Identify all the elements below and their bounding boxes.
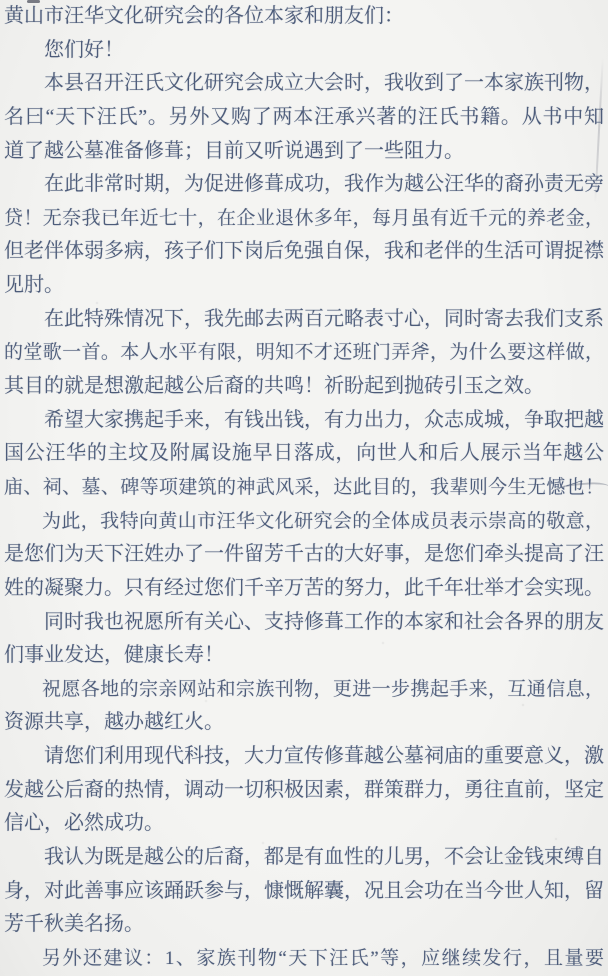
text-line: 祝愿各地的宗亲网站和宗族刊物，更进一步携起手来，互通信息， xyxy=(4,673,604,707)
text-line: 在此非常时期，为促进修葺成功，我作为越公汪华的裔孙责无旁 xyxy=(4,168,604,202)
text-line: 资源共享，越办越红火。 xyxy=(4,706,604,740)
text-line: 是您们为天下汪姓办了一件留芳千古的大好事，是您们牵头提高了汪 xyxy=(4,538,604,572)
text-line: 但老伴体弱多病，孩子们下岗后免强自保，我和老伴的生活可谓捉襟 xyxy=(4,235,604,269)
text-line: 我认为既是越公的后裔，都是有血性的儿男，不会让金钱束缚自 xyxy=(4,841,604,875)
scan-noise-dots xyxy=(0,0,2,2)
text-line: 同时我也祝愿所有关心、支持修葺工作的本家和社会各界的朋友 xyxy=(4,606,604,640)
text-line: 身，对此善事应该踊跃参与，慷慨解囊，况且会功在当今世人知，留 xyxy=(4,875,604,909)
text-line: 国公汪华的主坟及附属设施早日落成，向世人和后人展示当年越公 xyxy=(4,437,604,471)
text-line: 在此特殊情况下，我先邮去两百元略表寸心，同时寄去我们支系 xyxy=(4,303,604,337)
text-line: 希望大家携起手来，有钱出钱，有力出力，众志成城，争取把越 xyxy=(4,404,604,438)
text-line: 为此，我特向黄山市汪华文化研究会的全体成员表示崇高的敬意， xyxy=(4,505,604,539)
letter-salutation-line: 黄山市汪华文化研究会的各位本家和朋友们： xyxy=(4,0,604,34)
text-line: 姓的凝聚力。只有经过您们千辛万苦的努力，此千年壮举才会实现。 xyxy=(4,572,604,606)
letter-body: 黄山市汪华文化研究会的各位本家和朋友们： 您们好！ 本县召开汪氏文化研究会成立大… xyxy=(4,0,604,976)
text-line: 的堂歌一首。本人水平有限，明知不才还班门弄斧，为什么要这样做， xyxy=(4,336,604,370)
text-line: 名曰“天下汪氏”。另外又购了两本汪承兴著的汪氏书籍。从书中知 xyxy=(4,101,604,135)
text-line: 道了越公墓准备修葺；目前又听说遇到了一些阻力。 xyxy=(4,135,604,169)
text-line: 贷！无奈我已年近七十，在企业退休多年，每月虽有近千元的养老金， xyxy=(4,202,604,236)
text-line: 其目的就是想激起越公后裔的共鸣！祈盼起到抛砖引玉之效。 xyxy=(4,370,604,404)
text-line: 芳千秋美名扬。 xyxy=(4,908,604,942)
text-line: 发越公后裔的热情，调动一切积极因素，群策群力，勇往直前，坚定 xyxy=(4,774,604,808)
text-line: 本县召开汪氏文化研究会成立大会时，我收到了一本家族刊物， xyxy=(4,67,604,101)
text-line: 请您们利用现代科技，大力宣传修葺越公墓祠庙的重要意义，激 xyxy=(4,740,604,774)
text-line: 们事业发达，健康长寿！ xyxy=(4,639,604,673)
text-line: 另外还建议：1、家族刊物“天下汪氏”等，应继续发行，且量要 xyxy=(4,942,604,976)
text-line: 见肘。 xyxy=(4,269,604,303)
letter-greeting-line: 您们好！ xyxy=(4,34,604,68)
text-line: 庙、祠、墓、碑等项建筑的神武风采，达此目的，我辈则今生无憾也！ xyxy=(4,471,604,505)
text-line: 信心，必然成功。 xyxy=(4,807,604,841)
